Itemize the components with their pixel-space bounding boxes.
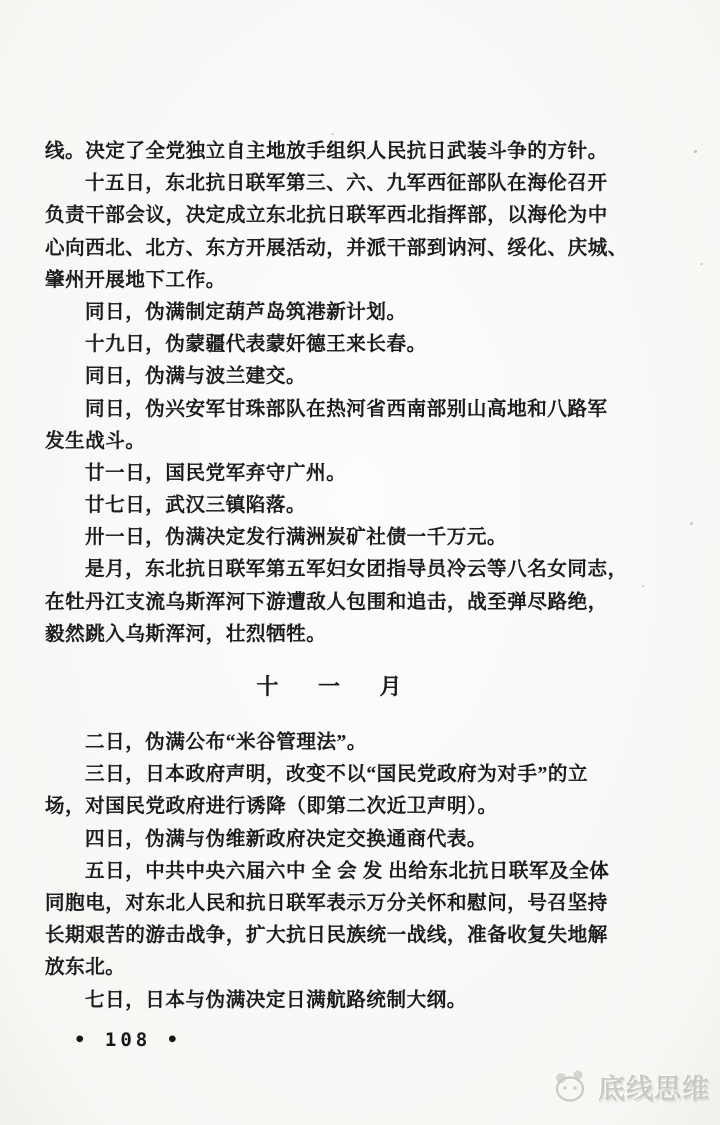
text-line: 十九日，伪蒙疆代表蒙奸德王来长春。 (45, 329, 620, 361)
text-line: 场，对国民党政府进行诱降（即第二次近卫声明）。 (45, 791, 620, 823)
text-line: 四日，伪满与伪维新政府决定交换通商代表。 (45, 824, 620, 856)
text-line: 同日，伪兴安军甘珠部队在热河省西南部别山高地和八路军 (45, 394, 620, 426)
text-line: 长期艰苦的游击战争，扩大抗日民族统一战线，准备收复失地解 (45, 920, 620, 952)
text-line: 十五日，东北抗日联军第三、六、九军西征部队在海伦召开 (45, 168, 620, 200)
text-line: 卅一日，伪满决定发行满洲炭矿社债一千万元。 (45, 522, 620, 554)
month-section-heading: 十 一 月 (45, 667, 620, 707)
text-block: 线。决定了全党独立自主地放手组织人民抗日武装斗争的方针。十五日，东北抗日联军第三… (45, 136, 620, 1017)
scan-speckle (331, 133, 334, 135)
scan-speckle (700, 263, 703, 265)
text-line: 肇州开展地下工作。 (45, 265, 620, 297)
text-line: 二日，伪满公布“米谷管理法”。 (45, 727, 620, 759)
text-line: 廿一日，国民党军弃守广州。 (45, 458, 620, 490)
watermark-label: 底线思维 (598, 1067, 710, 1106)
text-line: 负责干部会议，决定成立东北抗日联军西北指挥部，以海伦为中 (45, 200, 620, 232)
text-line: 是月，东北抗日联军第五军妇女团指导员冷云等八名女同志， (45, 554, 620, 586)
page-number: • 108 • (74, 1029, 182, 1051)
scan-speckle (694, 150, 697, 153)
scan-speckle (690, 522, 693, 525)
text-line: 毅然跳入乌斯浑河，壮烈牺牲。 (45, 619, 620, 651)
text-line: 五日，中共中央六届六中 全 会 发 出给东北抗日联军及全体 (45, 856, 620, 888)
text-line: 同日，伪满与波兰建交。 (45, 361, 620, 393)
scan-speckle (642, 585, 644, 587)
text-line: 心向西北、北方、东方开展活动，并派干部到讷河、绥化、庆城、 (45, 233, 620, 265)
text-line: 七日，日本与伪满决定日满航路统制大纲。 (45, 985, 620, 1017)
text-line: 同胞电，对东北人民和抗日联军表示万分关怀和慰问，号召坚持 (45, 888, 620, 920)
text-line: 三日，日本政府声明，改变不以“国民党政府为对手”的立 (45, 759, 620, 791)
text-line: 线。决定了全党独立自主地放手组织人民抗日武装斗争的方针。 (45, 136, 620, 168)
text-line: 放东北。 (45, 952, 620, 984)
text-line: 发生战斗。 (45, 426, 620, 458)
panda-logo-icon (548, 1066, 594, 1106)
watermark: 底线思维 (548, 1066, 710, 1106)
text-line: 廿七日，武汉三镇陷落。 (45, 490, 620, 522)
text-line: 同日，伪满制定葫芦岛筑港新计划。 (45, 297, 620, 329)
text-line: 在牡丹江支流乌斯浑河下游遭敌人包围和追击，战至弹尽路绝， (45, 587, 620, 619)
